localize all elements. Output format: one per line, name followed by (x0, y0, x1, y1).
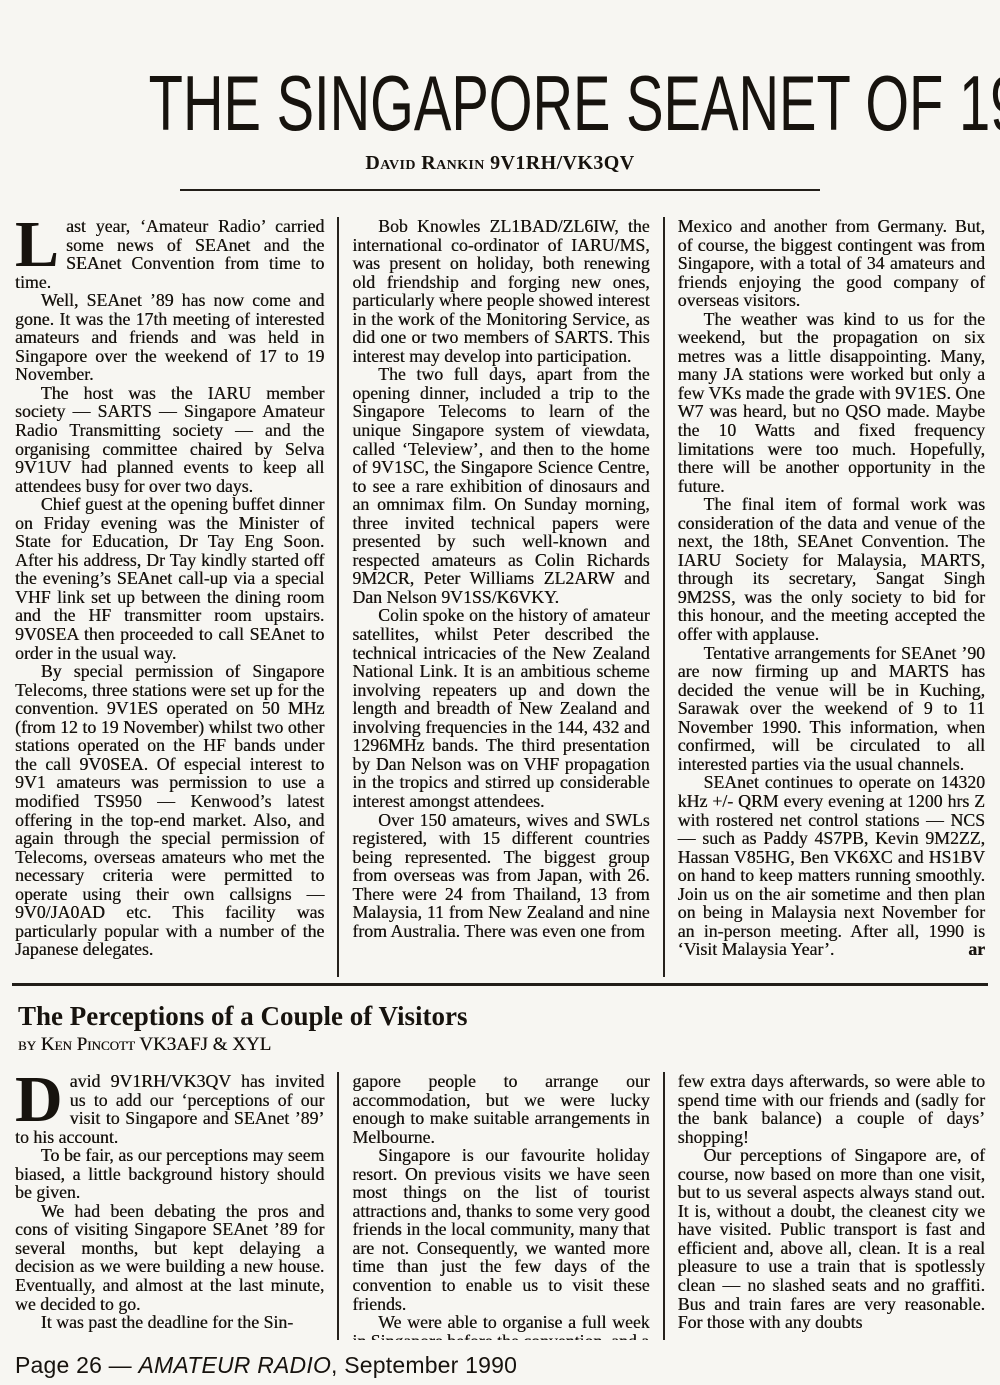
paragraph: Well, SEAnet ’89 has now come and gone. … (15, 291, 324, 384)
subarticle-byline: by Ken Pincott VK3AFJ & XYL (18, 1034, 988, 1056)
footer-page-number: Page 26 — (15, 1352, 138, 1378)
paragraph: Tentative arrangements for SEAnet ’90 ar… (678, 644, 985, 774)
paragraph: The weather was kind to us for the weeke… (678, 310, 985, 495)
text-column: David 9V1RH/VK3QV has invited us to add … (12, 1072, 337, 1340)
magazine-page: THE SINGAPORE SEANET OF 1989 David Ranki… (0, 0, 1000, 1385)
paragraph: Mexico and another from Germany. But, of… (678, 217, 985, 310)
subarticle: The Perceptions of a Couple of Visitors … (12, 1001, 988, 1340)
subarticle-body-columns: David 9V1RH/VK3QV has invited us to add … (12, 1072, 988, 1340)
paragraph: The two full days, apart from the openin… (352, 365, 649, 606)
paragraph: It was past the deadline for the Sin- (15, 1313, 324, 1332)
subarticle-title: The Perceptions of a Couple of Visitors (18, 1001, 988, 1031)
paragraph: Colin spoke on the history of amateur sa… (352, 606, 649, 810)
paragraph: Singapore is our favourite holiday resor… (352, 1146, 649, 1313)
paragraph: gapore people to arrange our accommodati… (352, 1072, 649, 1146)
article-header: THE SINGAPORE SEANET OF 1989 David Ranki… (12, 64, 988, 191)
end-of-article-mark: ar (942, 940, 985, 959)
article-body-columns: Last year, ‘Amateur Radio’ carried some … (12, 217, 988, 977)
paragraph: Bob Knowles ZL1BAD/ZL6IW, the internatio… (352, 217, 649, 365)
paragraph: Over 150 amateurs, wives and SWLs regist… (352, 811, 649, 941)
paragraph: We were able to organise a full week in … (352, 1313, 649, 1340)
byline-rule (180, 189, 820, 191)
paragraph: We had been debating the pros and cons o… (15, 1202, 324, 1313)
drop-cap: L (15, 217, 66, 270)
text-column: few extra days afterwards, so were able … (663, 1072, 988, 1340)
text-column: Bob Knowles ZL1BAD/ZL6IW, the internatio… (337, 217, 662, 977)
drop-cap: D (15, 1072, 70, 1125)
footer-issue-date: , September 1990 (331, 1352, 517, 1378)
text-column: gapore people to arrange our accommodati… (337, 1072, 662, 1340)
page-footer: Page 26 — AMATEUR RADIO, September 1990 (15, 1352, 988, 1379)
section-divider-rule (12, 983, 988, 986)
paragraph: Chief guest at the opening buffet dinner… (15, 495, 324, 662)
footer-magazine-name: AMATEUR RADIO (138, 1352, 331, 1378)
text-column: Mexico and another from Germany. But, of… (663, 217, 988, 977)
paragraph: Our perceptions of Singapore are, of cou… (678, 1146, 985, 1331)
paragraph: By special permission of Singapore Telec… (15, 662, 324, 959)
paragraph: To be fair, as our perceptions may seem … (15, 1146, 324, 1202)
paragraph: The final item of formal work was consid… (678, 495, 985, 643)
article-title: THE SINGAPORE SEANET OF 1989 (149, 64, 852, 142)
paragraph: few extra days afterwards, so were able … (678, 1072, 985, 1146)
paragraph: SEAnet continues to operate on 14320 kHz… (678, 773, 985, 958)
article-byline: David Rankin 9V1RH/VK3QV (12, 152, 988, 175)
paragraph: Last year, ‘Amateur Radio’ carried some … (15, 217, 324, 291)
text-column: Last year, ‘Amateur Radio’ carried some … (12, 217, 337, 977)
paragraph: The host was the IARU member society — S… (15, 384, 324, 495)
paragraph: David 9V1RH/VK3QV has invited us to add … (15, 1072, 324, 1146)
